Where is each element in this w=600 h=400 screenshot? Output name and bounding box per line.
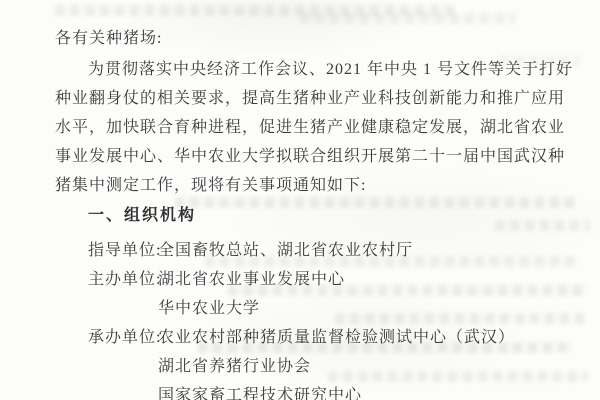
paragraph-line-2: 种业翻身仗的相关要求，提高生猪种业产业科技创新能力和推广应用 bbox=[55, 90, 565, 107]
bleed-through-ghost-line bbox=[175, 197, 575, 208]
org-label: 指导单位: bbox=[88, 237, 161, 260]
org-value: 湖北省农业事业发展中心 bbox=[158, 266, 345, 289]
org-label: 承办单位: bbox=[88, 324, 161, 347]
org-row-host-unit-2: 华中农业大学 bbox=[0, 295, 600, 313]
org-label: 主办单位: bbox=[88, 266, 161, 289]
paragraph-line-4: 事业发展中心、华中农业大学拟联合组织开展第二十一届中国武汉种 bbox=[55, 148, 565, 165]
bleed-through-ghost-line bbox=[335, 313, 585, 324]
paragraph-line-1: 为贯彻落实中央经济工作会议、2021 年中央 1 号文件等关于打好 bbox=[88, 61, 573, 78]
section-heading: 一、组织机构 bbox=[88, 207, 196, 224]
org-row-organizer-unit-2: 湖北省养猪行业协会 bbox=[0, 353, 600, 371]
org-value: 农业农村部种猪质量监督检验测试中心（武汉） bbox=[158, 324, 515, 347]
salutation-text: 各有关种猪场: bbox=[55, 30, 162, 47]
org-row-organizer-unit-3: 国家家畜工程技术研究中心 bbox=[0, 382, 600, 400]
bleed-through-ghost-line bbox=[300, 13, 515, 24]
bleed-through-ghost-line bbox=[495, 220, 590, 231]
org-row-organizer-unit: 承办单位: 农业农村部种猪质量监督检验测试中心（武汉） bbox=[0, 324, 600, 342]
org-row-guidance-unit: 指导单位: 全国畜牧总站、湖北省农业农村厅 bbox=[0, 237, 600, 255]
org-value: 全国畜牧总站、湖北省农业农村厅 bbox=[158, 237, 413, 260]
scanned-notice-page: 各有关种猪场: 为贯彻落实中央经济工作会议、2021 年中央 1 号文件等关于打… bbox=[0, 0, 600, 400]
org-value: 国家家畜工程技术研究中心 bbox=[158, 382, 362, 400]
org-row-host-unit: 主办单位: 湖北省农业事业发展中心 bbox=[0, 266, 600, 284]
paragraph-line-3: 水平，加快联合育种进程，促进生猪产业健康稳定发展，湖北省农业 bbox=[55, 119, 565, 136]
bleed-through-ghost-line bbox=[55, 5, 455, 16]
bleed-through-ghost-line bbox=[328, 371, 588, 382]
paragraph-line-5: 猪集中测定工作，现将有关事项通知如下: bbox=[55, 177, 366, 194]
org-value: 湖北省养猪行业协会 bbox=[158, 353, 311, 376]
org-value: 华中农业大学 bbox=[158, 295, 260, 318]
